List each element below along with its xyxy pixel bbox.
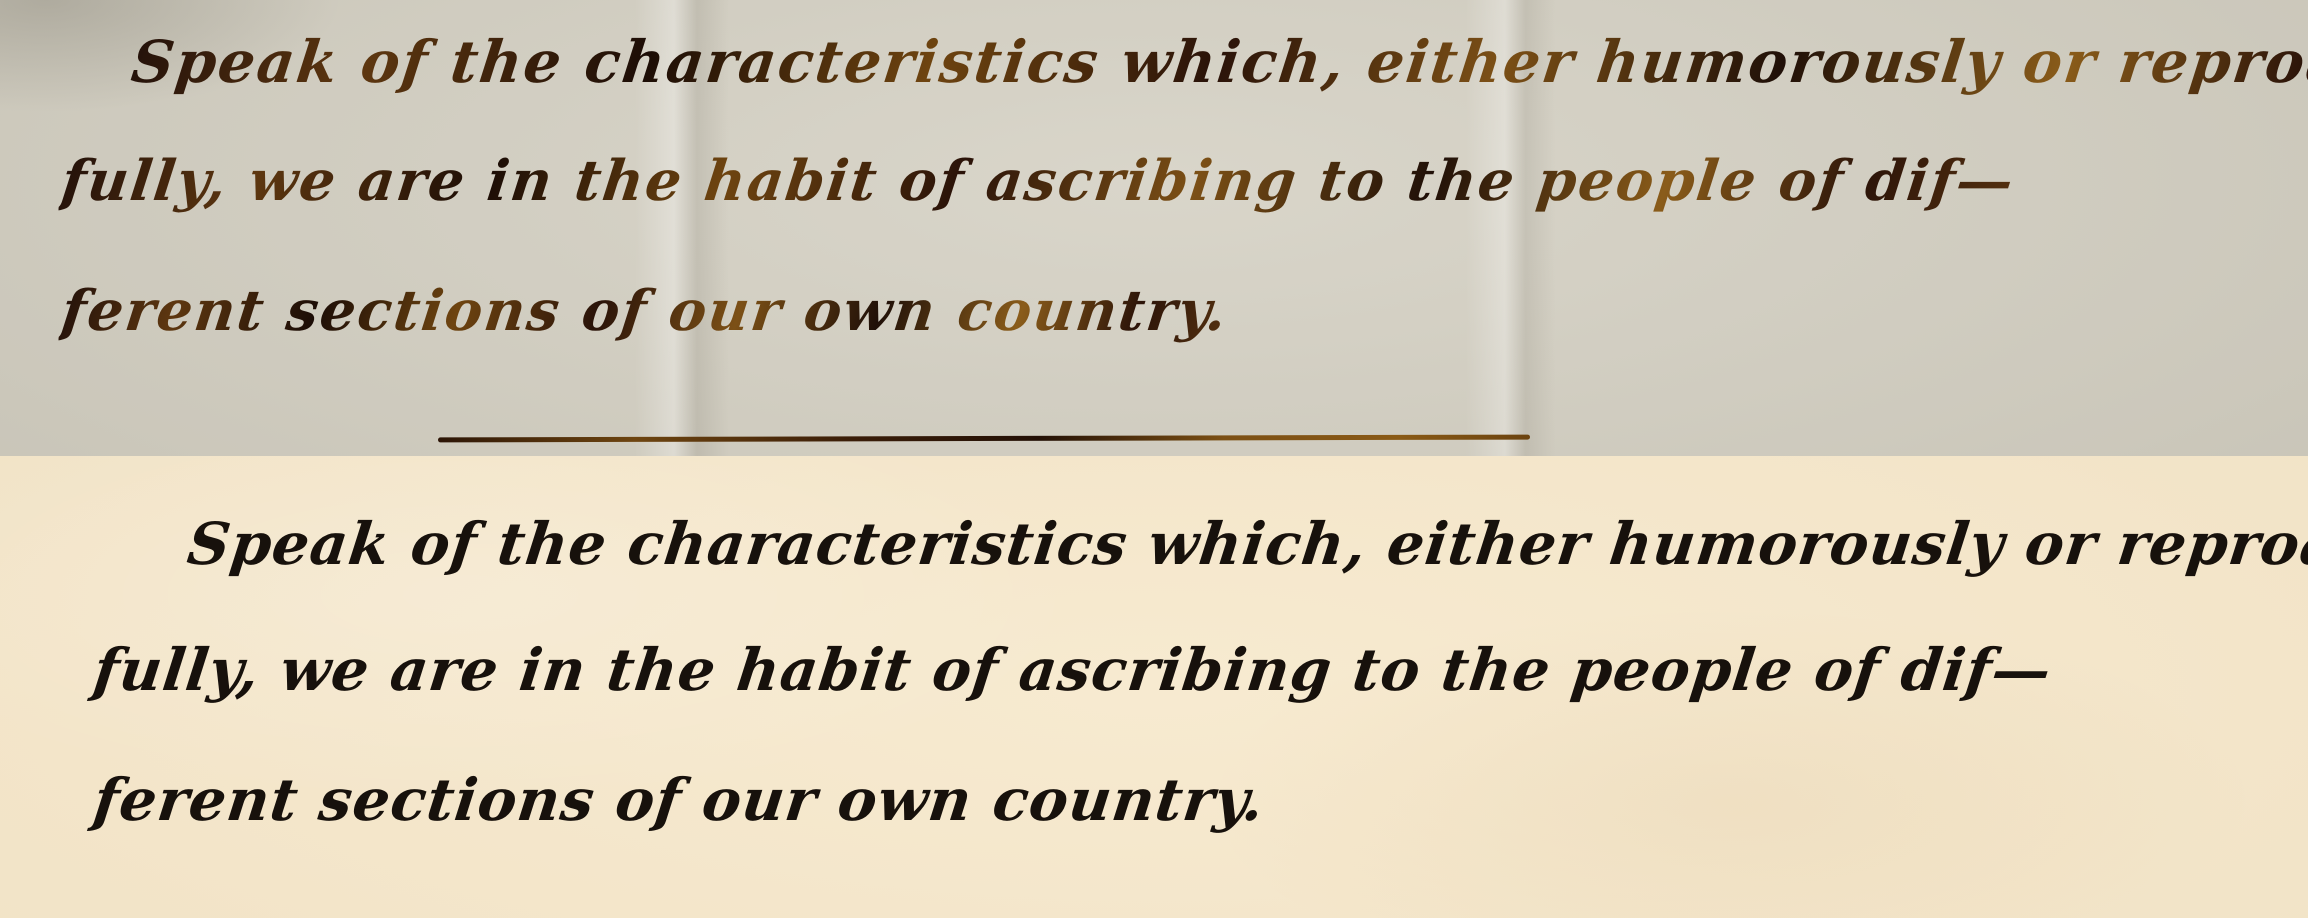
- transcription-line-3: ferent sections of our own country.: [90, 768, 1268, 833]
- manuscript-line-2: fully, we are in the habit of ascribing …: [58, 150, 2018, 213]
- ink-rule-flourish: [438, 435, 1530, 443]
- manuscript-line-3: ferent sections of our own country.: [58, 280, 1232, 343]
- manuscript-line-1: Speak of the characteristics which, eith…: [128, 30, 2308, 95]
- original-manuscript-panel: Speak of the characteristics which, eith…: [0, 0, 2308, 456]
- transcription-line-2: fully, we are in the habit of ascribing …: [90, 638, 2055, 703]
- transcription-line-1: Speak of the characteristics which, eith…: [184, 512, 2308, 577]
- transcription-panel: Speak of the characteristics which, eith…: [0, 456, 2308, 918]
- manuscript-page: Speak of the characteristics which, eith…: [0, 0, 2308, 918]
